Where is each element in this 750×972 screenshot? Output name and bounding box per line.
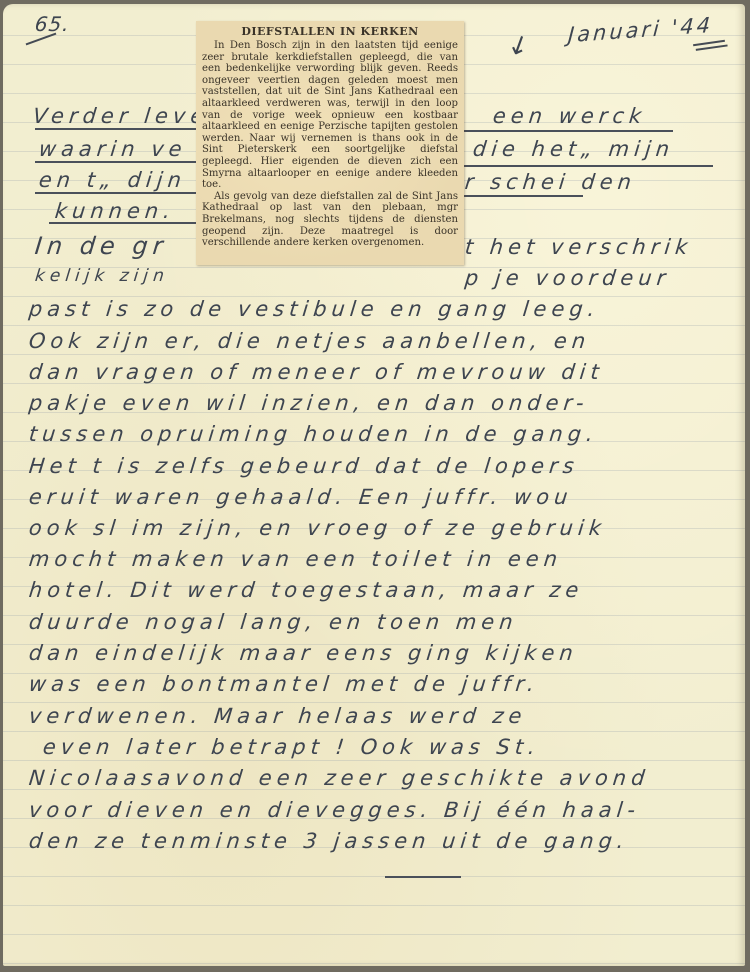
hand-line-8: Het t is zelfs gebeurd dat de lopers [28, 454, 580, 478]
underline [463, 195, 583, 197]
hand-line-12: hotel. Dit werd toegestaan, maar ze [28, 578, 585, 602]
underline [35, 192, 217, 194]
hand-line-6: pakje even wil inzien, en dan onder- [28, 391, 590, 415]
hand-line-10: ook sl im zijn, en vroeg of ze gebruik [28, 516, 608, 540]
hand-line-u2-left: waarin ve [38, 137, 188, 161]
clipping-paragraph: In Den Bosch zijn in den laatsten tijd e… [202, 40, 458, 191]
hand-line-19: voor dieven en dievegges. Bij één haal- [28, 798, 642, 822]
underline [35, 161, 217, 163]
hand-line-u3-right: r schei den [464, 170, 638, 194]
hand-line-1-left: In de gr [34, 232, 170, 260]
hand-line-1-right: t het verschrik [464, 235, 694, 259]
page-number: 65. [34, 12, 71, 36]
hand-line-5: dan vragen of meneer of mevrouw dit [28, 360, 605, 384]
underline [463, 130, 673, 132]
clipping-paragraph: Als gevolg van deze diefstallen zal de S… [202, 191, 458, 249]
hand-line-2-left: kelijk zijn [34, 266, 170, 286]
hand-line-4: Ook zijn er, die netjes aanbellen, en [28, 329, 592, 353]
hand-line-16: verdwenen. Maar helaas werd ze [28, 704, 528, 728]
hand-line-7: tussen opruiming houden in de gang. [28, 422, 599, 446]
hand-line-17: even later betrapt ! Ook was St. [42, 735, 541, 759]
hand-line-u2-right: die het„ mijn [472, 137, 676, 161]
clipping-body: In Den Bosch zijn in den laatsten tijd e… [202, 40, 458, 249]
hand-line-15: was een bontmantel met de juffr. [28, 672, 541, 696]
hand-line-2-right: p je voordeur [464, 266, 672, 290]
hand-line-3: past is zo de vestibule en gang leeg. [28, 297, 601, 321]
underline [35, 128, 217, 130]
hand-line-u3-left: en t„ dijn [38, 168, 188, 192]
hand-line-18: Nicolaasavond een zeer geschikte avond [28, 766, 651, 790]
hand-line-9: eruit waren gehaald. Een juffr. wou [28, 485, 574, 509]
arrow-icon: ↙ [503, 27, 535, 63]
hand-line-u4: kunnen. [54, 199, 177, 223]
hand-line-u1-right: een werck [492, 104, 648, 128]
closing-line [385, 876, 461, 878]
hand-line-14: dan eindelijk maar eens ging kijken [28, 641, 579, 665]
notebook-page: 65. ↙ Januari '44 Verder leve een werck … [3, 4, 745, 966]
hand-line-20: den ze tenminste 3 jassen uit de gang. [28, 829, 630, 853]
underline [49, 222, 217, 224]
date-heading: Januari '44 [567, 13, 714, 47]
hand-line-u1-left: Verder leve [32, 104, 210, 128]
year-double-underline [693, 40, 725, 46]
hand-line-13: duurde nogal lang, en toen men [28, 610, 519, 634]
underline [463, 165, 713, 167]
newspaper-clipping: DIEFSTALLEN IN KERKEN In Den Bosch zijn … [196, 21, 464, 265]
clipping-title: DIEFSTALLEN IN KERKEN [202, 25, 458, 38]
hand-line-11: mocht maken van een toilet in een [28, 547, 564, 571]
